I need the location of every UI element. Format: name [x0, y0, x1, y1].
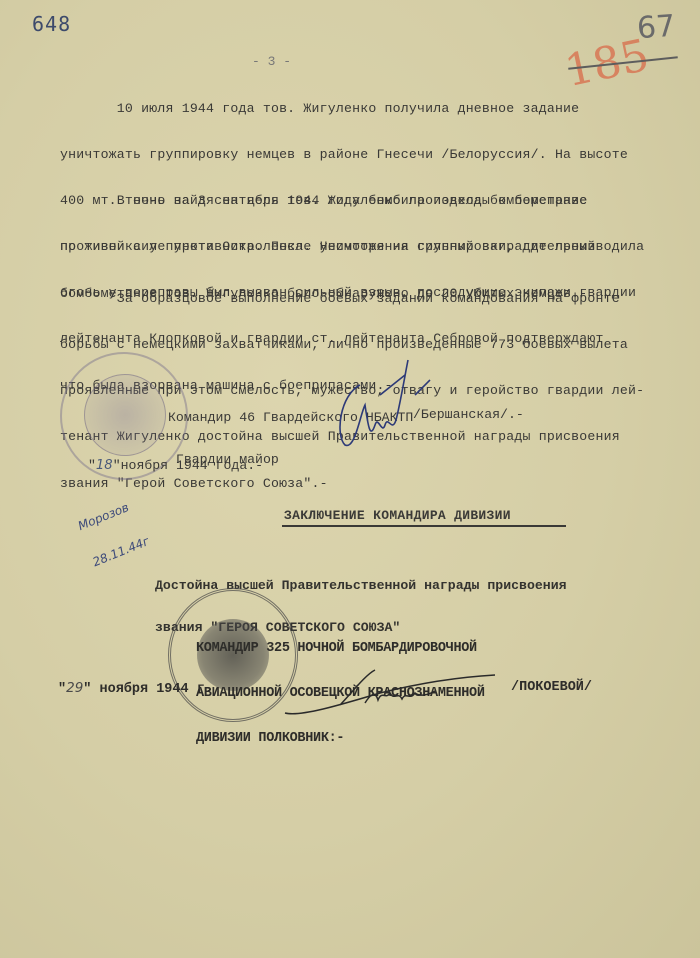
page-marker: - 3 -	[252, 54, 291, 69]
division-conclusion-heading: ЗАКЛЮЧЕНИЕ КОМАНДИРА ДИВИЗИИ	[282, 508, 566, 527]
text-line: В ночь на 3 сентября 1944 года бомбила п…	[60, 193, 690, 208]
text-line: противника у пункта Остроленка. Несмотря…	[60, 239, 690, 254]
seal-emblem-icon	[84, 374, 166, 456]
archive-number: 648	[32, 12, 71, 36]
division-commander-signature-icon	[280, 665, 500, 720]
handwritten-day: 29	[66, 680, 83, 696]
division-date: "29" ноября 1944 г.	[58, 680, 213, 697]
text-line: За образцовое выполнение боевых заданий …	[60, 291, 690, 306]
text-line: уничтожать группировку немцев в районе Г…	[60, 147, 690, 162]
text-line: КОМАНДИР 325 НОЧНОЙ БОМБАРДИРОВОЧНОЙ	[196, 641, 485, 656]
regiment-commander-name: /Бершанская/.-	[413, 407, 524, 422]
text-line: борьбы с немецкими захватчиками, лично п…	[60, 337, 690, 352]
document-page: 648 185 67 - 3 - 10 июля 1944 года тов. …	[0, 0, 700, 958]
text-line: ДИВИЗИИ ПОЛКОВНИК:-	[196, 731, 485, 746]
regiment-date: "18"ноября 1944 года.-	[88, 458, 263, 473]
handwritten-day: 18	[96, 458, 113, 473]
regiment-commander-signature-icon	[330, 355, 440, 455]
pencil-folio-number: 67	[636, 9, 677, 47]
text-line: 10 июля 1944 года тов. Жигуленко получил…	[60, 101, 690, 116]
division-commander-name: /ПОКОЕВОЙ/	[511, 680, 592, 695]
